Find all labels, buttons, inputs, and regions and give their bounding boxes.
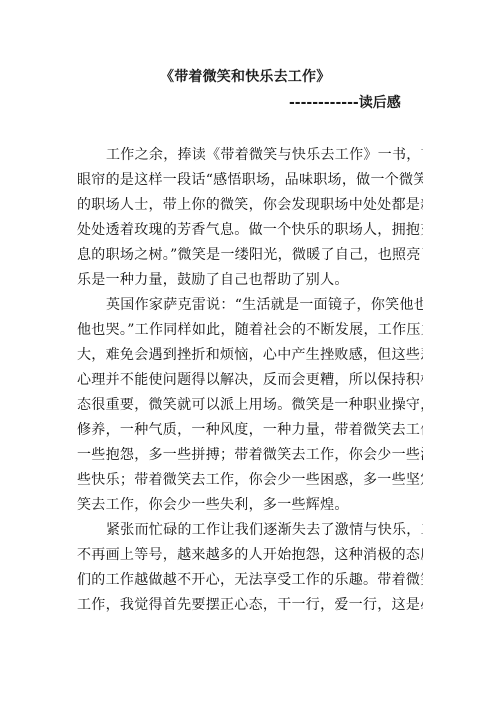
paragraph-3: 紧张而忙碌的工作让我们逐渐失去了激情与快乐，工作与快乐 不再画上等号，越来越多的… <box>77 518 423 618</box>
text-line: 他也哭。”工作同样如此，随着社会的不断发展，工作压力也越来越 <box>77 318 423 343</box>
text-line: 处处透着玫瑰的芳香气息。做一个快乐的职场人，拥抱充满青春气 <box>77 218 423 243</box>
text-line: 们的工作越做越不开心，无法享受工作的乐趣。带着微笑和快乐去 <box>77 568 423 593</box>
text-line: 一些抱怨，多一些拼搏；带着微笑去工作，你会少一些沮丧，多一 <box>77 443 423 468</box>
paragraph-1: 工作之余，捧读《带着微笑与快乐去工作》一书，首先应映入 眼帘的是这样一段话“感悟… <box>77 143 423 293</box>
document-page: 《带着微笑和快乐去工作》 ------------读后感 工作之余，捧读《带着微… <box>0 0 500 708</box>
document-body: 工作之余，捧读《带着微笑与快乐去工作》一书，首先应映入 眼帘的是这样一段话“感悟… <box>77 143 423 618</box>
text-line: 工作之余，捧读《带着微笑与快乐去工作》一书，首先应映入 <box>77 143 423 168</box>
text-line: 眼帘的是这样一段话“感悟职场，品味职场，做一个微笑的，快乐 <box>77 168 423 193</box>
text-line: 乐是一种力量，鼓励了自己也帮助了别人。 <box>77 268 423 293</box>
text-line: 紧张而忙碌的工作让我们逐渐失去了激情与快乐，工作与快乐 <box>77 518 423 543</box>
text-line: 息的职场之树。”微笑是一缕阳光，微暖了自己，也照亮了别人；快 <box>77 243 423 268</box>
text-line: 态很重要，微笑就可以派上用场。微笑是一种职业操守，更是一种 <box>77 393 423 418</box>
text-line: 不再画上等号，越来越多的人开始抱怨，这种消极的态度只能让我 <box>77 543 423 568</box>
text-line: 英国作家萨克雷说：“生活就是一面镜子，你笑他也笑，你哭 <box>77 293 423 318</box>
text-line: 心理并不能使问题得以解决，反而会更糟，所以保持积极乐观的心 <box>77 368 423 393</box>
document-title: 《带着微笑和快乐去工作》 <box>160 66 330 86</box>
document-subtitle: ------------读后感 <box>289 92 401 112</box>
text-line: 些快乐；带着微笑去工作，你会少一些困惑，多一些坚定；带着微 <box>77 468 423 493</box>
text-line: 的职场人士，带上你的微笑，你会发现职场中处处都是新鲜的露珠， <box>77 193 423 218</box>
paragraph-2: 英国作家萨克雷说：“生活就是一面镜子，你笑他也笑，你哭 他也哭。”工作同样如此，… <box>77 293 423 518</box>
text-line: 修养，一种气质，一种风度，一种力量，带着微笑去工作，你会少 <box>77 418 423 443</box>
text-line: 笑去工作，你会少一些失利，多一些辉煌。 <box>77 493 423 518</box>
text-line: 工作，我觉得首先要摆正心态，干一行，爱一行，这是必要条件。 <box>77 593 423 618</box>
text-line: 大，难免会遇到挫折和烦恼，心中产生挫败感，但这些悲观消极的 <box>77 343 423 368</box>
